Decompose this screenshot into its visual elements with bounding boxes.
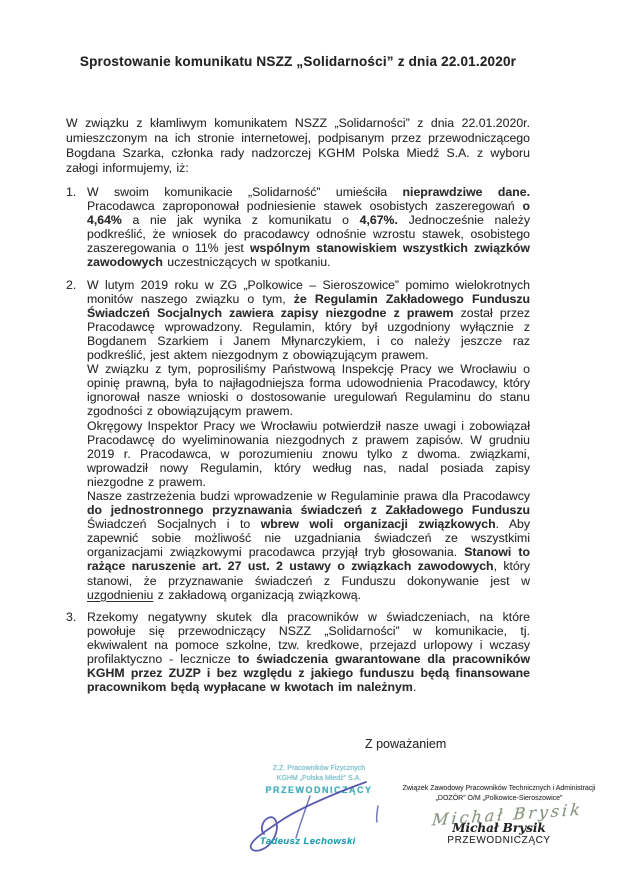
list-item-3-body: Rzekomy negatywny skutek dla pracowników… [87,610,530,695]
signature-block-left: Z.Z. Pracowników Fizycznych KGHM „Polska… [238,764,388,864]
list-item-1-paragraph: W swoim komunikacie „Solidarność” umieśc… [87,185,530,270]
list-item-2-paragraph-2: W związku z tym, poprosiliśmy Państwową … [87,362,530,418]
closing-salutation: Z poważaniem [365,737,446,751]
signer-name-left: Tadeusz Lechowski [260,836,380,847]
scanned-document-page: Sprostowanie komunikatu NSZZ „Solidarnoś… [0,0,623,889]
list-item-3-paragraph: Rzekomy negatywny skutek dla pracowników… [87,610,530,695]
list-item-2-paragraph-3: Okręgowy Inspektor Pracy we Wrocławiu po… [87,419,530,489]
stamp-org-line-1: Z.Z. Pracowników Fizycznych [254,764,384,774]
document-body: Sprostowanie komunikatu NSZZ „Solidarnoś… [66,54,530,694]
list-item-3: 3. Rzekomy negatywny skutek dla pracowni… [66,610,530,695]
list-item-2-number: 2. [66,278,87,602]
list-item-2-body: W lutym 2019 roku w ZG „Polkowice – Sier… [87,278,530,602]
list-item-1-number: 1. [66,185,87,270]
signature-block-right: Związek Zawodowy Pracowników Technicznyc… [383,784,615,846]
list-item-1-body: W swoim komunikacie „Solidarność” umieśc… [87,185,530,270]
document-title: Sprostowanie komunikatu NSZZ „Solidarnoś… [66,54,530,69]
list-item-3-number: 3. [66,610,87,695]
org-name-line-1: Związek Zawodowy Pracowników Technicznyc… [383,784,615,794]
signer-role-right: PRZEWODNICZĄCY [383,835,615,846]
list-item-2-paragraph-4: Nasze zastrzeżenia budzi wprowadzenie w … [87,489,530,602]
list-item-2: 2. W lutym 2019 roku w ZG „Polkowice – S… [66,278,530,602]
list-item-1: 1. W swoim komunikacie „Solidarność” umi… [66,185,530,270]
list-item-2-paragraph-1: W lutym 2019 roku w ZG „Polkowice – Sier… [87,278,530,363]
intro-paragraph: W związku z kłamliwym komunikatem NSZZ „… [66,116,530,176]
signature-stroke-secondary [296,796,378,838]
